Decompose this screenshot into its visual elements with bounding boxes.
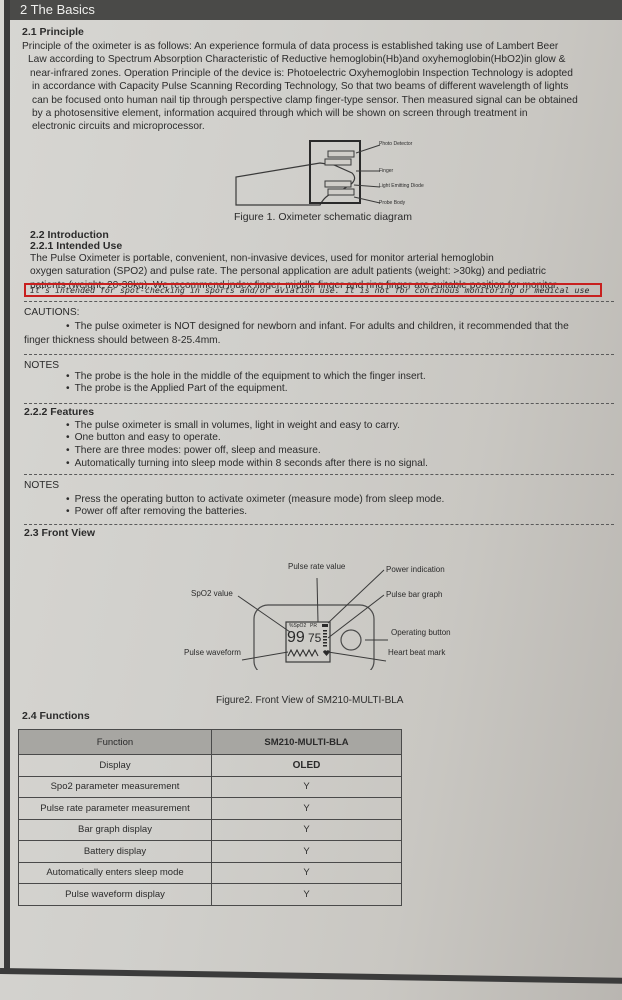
table-row: Battery display Y xyxy=(19,841,402,863)
cautions-heading: CAUTIONS: xyxy=(24,306,79,319)
intended-use-highlighted: It's intended for spot-checking in sport… xyxy=(30,284,589,297)
functions-table: Function SM210-MULTI-BLA Display OLED Sp… xyxy=(18,729,402,906)
principle-heading: 2.1 Principle xyxy=(22,26,84,39)
column-header: SM210-MULTI-BLA xyxy=(212,730,402,755)
principle-line: Law according to Spectrum Absorption Cha… xyxy=(22,53,578,66)
manual-page: 2 The Basics 2.1 Principle Principle of … xyxy=(4,0,622,970)
divider xyxy=(24,354,614,355)
principle-line: by a photosensitive element, information… xyxy=(22,107,578,120)
note-item: The probe is the Applied Part of the equ… xyxy=(56,382,288,395)
notes-heading: NOTES xyxy=(24,479,59,492)
table-cell: Bar graph display xyxy=(19,819,212,841)
label-heart-beat: Heart beat mark xyxy=(388,648,445,657)
notes-heading: NOTES xyxy=(24,359,59,372)
table-cell: Y xyxy=(212,841,402,863)
intended-use-line: The Pulse Oximeter is portable, convenie… xyxy=(30,252,559,265)
section-header: 2 The Basics xyxy=(10,0,622,20)
feature-item: There are three modes: power off, sleep … xyxy=(56,444,321,457)
divider xyxy=(24,403,614,404)
intended-use-line: oxygen saturation (SPO2) and pulse rate.… xyxy=(30,265,559,278)
table-row: Pulse rate parameter measurement Y xyxy=(19,798,402,820)
principle-line: near-infrared zones. Operation Principle… xyxy=(22,67,578,80)
table-row: Automatically enters sleep mode Y xyxy=(19,862,402,884)
feature-item: Automatically turning into sleep mode wi… xyxy=(56,457,428,470)
label-bar-graph: Pulse bar graph xyxy=(386,590,442,599)
table-cell: Pulse rate parameter measurement xyxy=(19,798,212,820)
table-cell: Y xyxy=(212,862,402,884)
caution-item-cont: finger thickness should between 8-25.4mm… xyxy=(24,334,221,347)
figure1-label: Probe Body xyxy=(379,200,405,206)
table-cell: Automatically enters sleep mode xyxy=(19,862,212,884)
table-cell: Battery display xyxy=(19,841,212,863)
screen-pr-label: PR xyxy=(310,623,317,629)
table-row: Display OLED xyxy=(19,755,402,777)
table-cell: Y xyxy=(212,819,402,841)
divider xyxy=(24,474,614,475)
oximeter-schematic-diagram xyxy=(230,135,400,210)
feature-item: One button and easy to operate. xyxy=(56,431,221,444)
figure1-caption: Figure 1. Oximeter schematic diagram xyxy=(234,211,412,223)
table-cell: Spo2 parameter measurement xyxy=(19,776,212,798)
figure1-label: Photo Detector xyxy=(379,141,412,147)
label-power: Power indication xyxy=(386,565,445,574)
label-spo2: SpO2 value xyxy=(191,589,233,598)
note-item: Power off after removing the batteries. xyxy=(56,505,247,518)
label-pulse-rate: Pulse rate value xyxy=(288,562,345,571)
principle-line: can be focused onto human nail tip throu… xyxy=(22,94,578,107)
label-waveform: Pulse waveform xyxy=(184,648,241,657)
table-cell: Display xyxy=(19,755,212,777)
features-heading: 2.2.2 Features xyxy=(24,406,94,419)
table-cell: Y xyxy=(212,776,402,798)
figure2-caption: Figure2. Front View of SM210-MULTI-BLA xyxy=(216,695,403,706)
table-cell: Y xyxy=(212,884,402,906)
column-header: Function xyxy=(19,730,212,755)
table-cell: OLED xyxy=(212,755,402,777)
caution-item: The pulse oximeter is NOT designed for n… xyxy=(56,320,569,333)
divider xyxy=(24,524,614,525)
screen-spo2-value: 99 xyxy=(287,629,305,647)
principle-text: Principle of the oximeter is as follows:… xyxy=(22,40,578,134)
divider xyxy=(24,301,614,302)
table-header-row: Function SM210-MULTI-BLA xyxy=(19,730,402,755)
principle-line: Principle of the oximeter is as follows:… xyxy=(22,40,578,53)
table-row: Pulse waveform display Y xyxy=(19,884,402,906)
label-operating-button: Operating button xyxy=(391,628,451,637)
table-row: Bar graph display Y xyxy=(19,819,402,841)
front-view-heading: 2.3 Front View xyxy=(24,527,95,536)
figure1-label: Finger xyxy=(379,168,393,174)
table-cell: Y xyxy=(212,798,402,820)
functions-heading: 2.4 Functions xyxy=(22,710,90,723)
figure1-label: Light Emitting Diode xyxy=(379,183,424,189)
principle-line: in accordance with Capacity Pulse Scanni… xyxy=(22,80,578,93)
page-border-bottom xyxy=(0,968,622,984)
table-cell: Pulse waveform display xyxy=(19,884,212,906)
table-row: Spo2 parameter measurement Y xyxy=(19,776,402,798)
principle-line: electronic circuits and microprocessor. xyxy=(22,120,578,133)
screen-pr-value: 75 xyxy=(308,631,321,645)
